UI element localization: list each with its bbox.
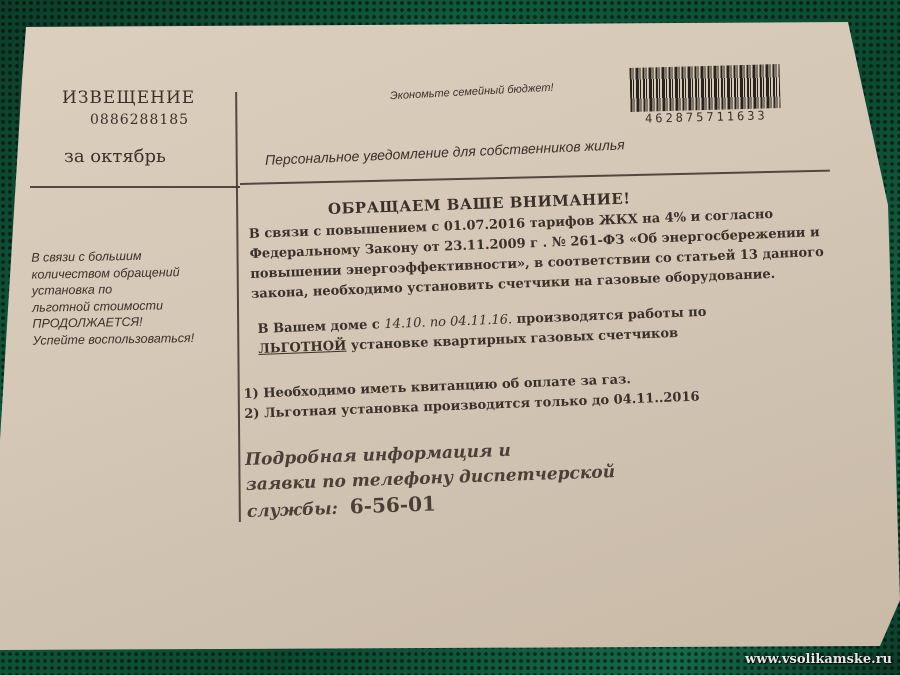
phone-number: 6-56-01	[349, 491, 436, 518]
account-number: 0886288185	[90, 112, 189, 128]
text: В Вашем доме с	[257, 317, 384, 337]
notice-title: ИЗВЕЩЕНИЕ	[62, 88, 195, 108]
work-dates: 14.10. по 04.11.16.	[384, 312, 512, 332]
contact-info: Подробная информация и заявки по телефон…	[245, 435, 617, 525]
side-note: В связи с большим количеством обращений …	[31, 246, 233, 348]
side-note-line: Успейте воспользоваться!	[33, 329, 233, 349]
divider-left	[30, 186, 240, 188]
barcode-icon	[629, 64, 780, 112]
contact-line: службы:	[247, 499, 339, 522]
emphasis-text: ЛЬГОТНОЙ	[258, 339, 347, 357]
billing-period: за октябрь	[64, 146, 166, 167]
watermark: www.vsolikamske.ru	[745, 652, 892, 667]
